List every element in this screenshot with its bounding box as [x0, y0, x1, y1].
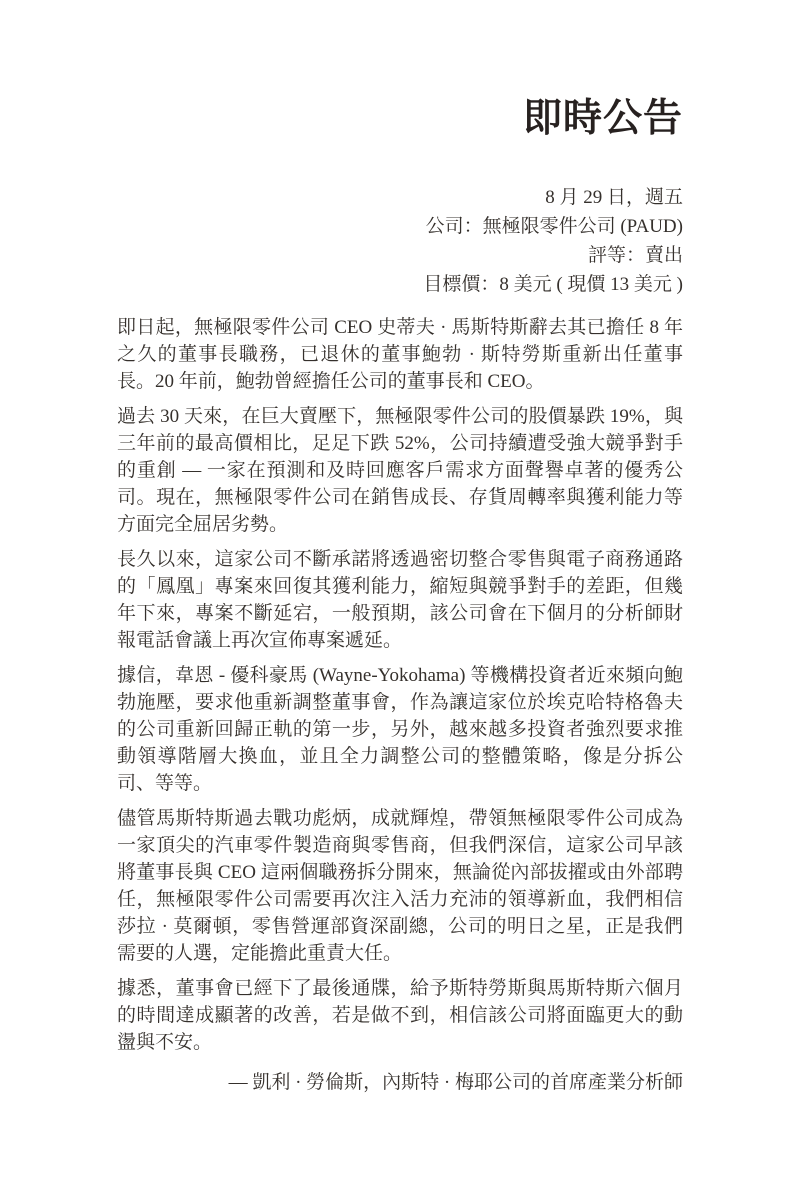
body-paragraph-3: 長久以來，這家公司不斷承諾將透過密切整合零售與電子商務通路的「鳳凰」專案來回復其… — [117, 546, 683, 654]
report-company: 公司：無極限零件公司 (PAUD) — [117, 212, 683, 241]
page-title: 即時公告 — [117, 97, 683, 141]
report-header: 8 月 29 日，週五 公司：無極限零件公司 (PAUD) 評等：賣出 目標價：… — [117, 183, 683, 299]
body-paragraph-4: 據信，韋恩 - 優科豪馬 (Wayne-Yokohama) 等機構投資者近來頻向… — [117, 662, 683, 797]
body-paragraph-5: 儘管馬斯特斯過去戰功彪炳，成就輝煌，帶領無極限零件公司成為一家頂尖的汽車零件製造… — [117, 805, 683, 967]
body-paragraph-2: 過去 30 天來，在巨大賣壓下，無極限零件公司的股價暴跌 19%，與三年前的最高… — [117, 403, 683, 538]
body-paragraph-1: 即日起，無極限零件公司 CEO 史蒂夫 · 馬斯特斯辭去其已擔任 8 年之久的董… — [117, 314, 683, 395]
body-paragraph-6: 據悉，董事會已經下了最後通牒，給予斯特勞斯與馬斯特斯六個月的時間達成顯著的改善，… — [117, 975, 683, 1056]
report-target-price: 目標價：8 美元 ( 現價 13 美元 ) — [117, 270, 683, 299]
report-body: 即日起，無極限零件公司 CEO 史蒂夫 · 馬斯特斯辭去其已擔任 8 年之久的董… — [117, 314, 683, 1096]
report-rating: 評等：賣出 — [117, 241, 683, 270]
report-date: 8 月 29 日，週五 — [117, 183, 683, 212]
analyst-attribution: — 凱利 · 勞倫斯，內斯特 · 梅耶公司的首席產業分析師 — [117, 1069, 683, 1096]
document-page: 即時公告 8 月 29 日，週五 公司：無極限零件公司 (PAUD) 評等：賣出… — [0, 0, 800, 1187]
